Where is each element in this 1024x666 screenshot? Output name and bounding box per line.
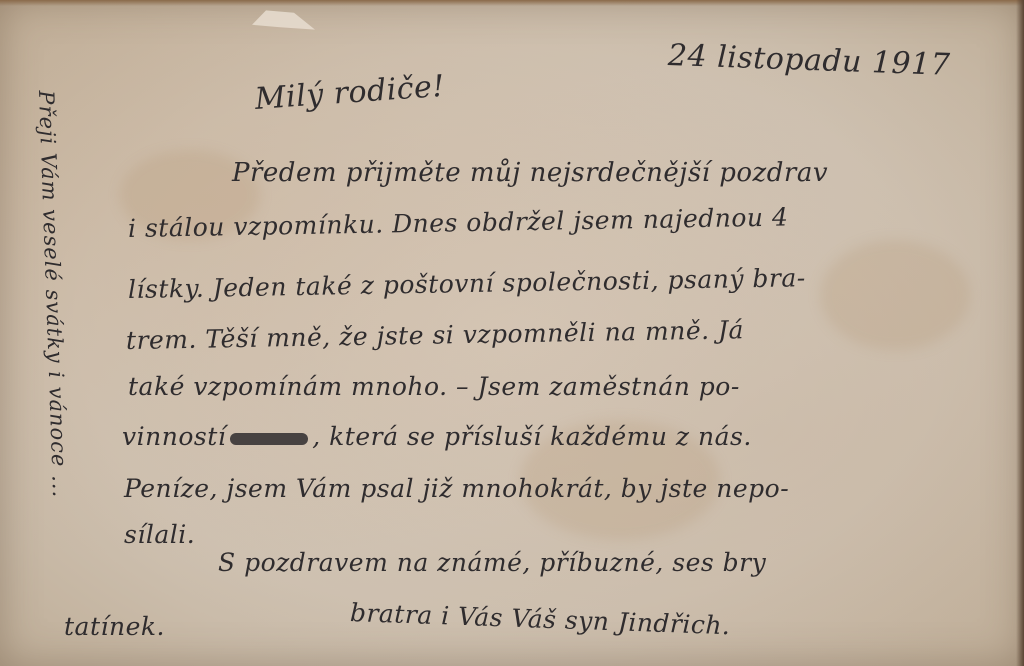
letter-line-7: Peníze, jsem Vám psal již mnohokrát, by … [124, 474, 789, 503]
letter-line-4: trem. Těší mně, že jste si vzpomněli na … [126, 315, 744, 355]
letter-line-1: Předem přijměte můj nejsrdečnější pozdra… [232, 158, 828, 188]
aged-top-edge [0, 0, 1024, 6]
letter-signature-left: tatínek. [64, 612, 165, 641]
letter-line-3: lístky. Jeden také z poštovní společnost… [128, 263, 806, 304]
margin-note: Přeji Vám veselé svátky i vánoce ... [34, 90, 72, 498]
letter-line-6-end: , která se přísluší každému z nás. [312, 422, 752, 451]
letter-line-6-start: vinností [122, 422, 226, 451]
letter-line-5: také vzpomínám mnoho. – Jsem zaměstnán p… [128, 372, 740, 401]
letter-line-8: sílali. [124, 520, 195, 549]
letter-date: 24 listopadu 1917 [667, 38, 950, 83]
letter-line-6: vinností, která se přísluší každému z ná… [122, 422, 752, 451]
letter-salutation: Milý rodiče! [254, 69, 446, 117]
paper-stain [820, 240, 970, 350]
aged-right-edge [1016, 0, 1024, 666]
crossed-out-word [230, 433, 308, 445]
postcard: 24 listopadu 1917 Milý rodiče! Předem př… [0, 0, 1024, 666]
letter-signature: bratra i Vás Váš syn Jindřich. [349, 598, 730, 640]
paper-tear [245, 8, 315, 32]
letter-closing: S pozdravem na známé, příbuzné, ses bry [218, 548, 766, 577]
